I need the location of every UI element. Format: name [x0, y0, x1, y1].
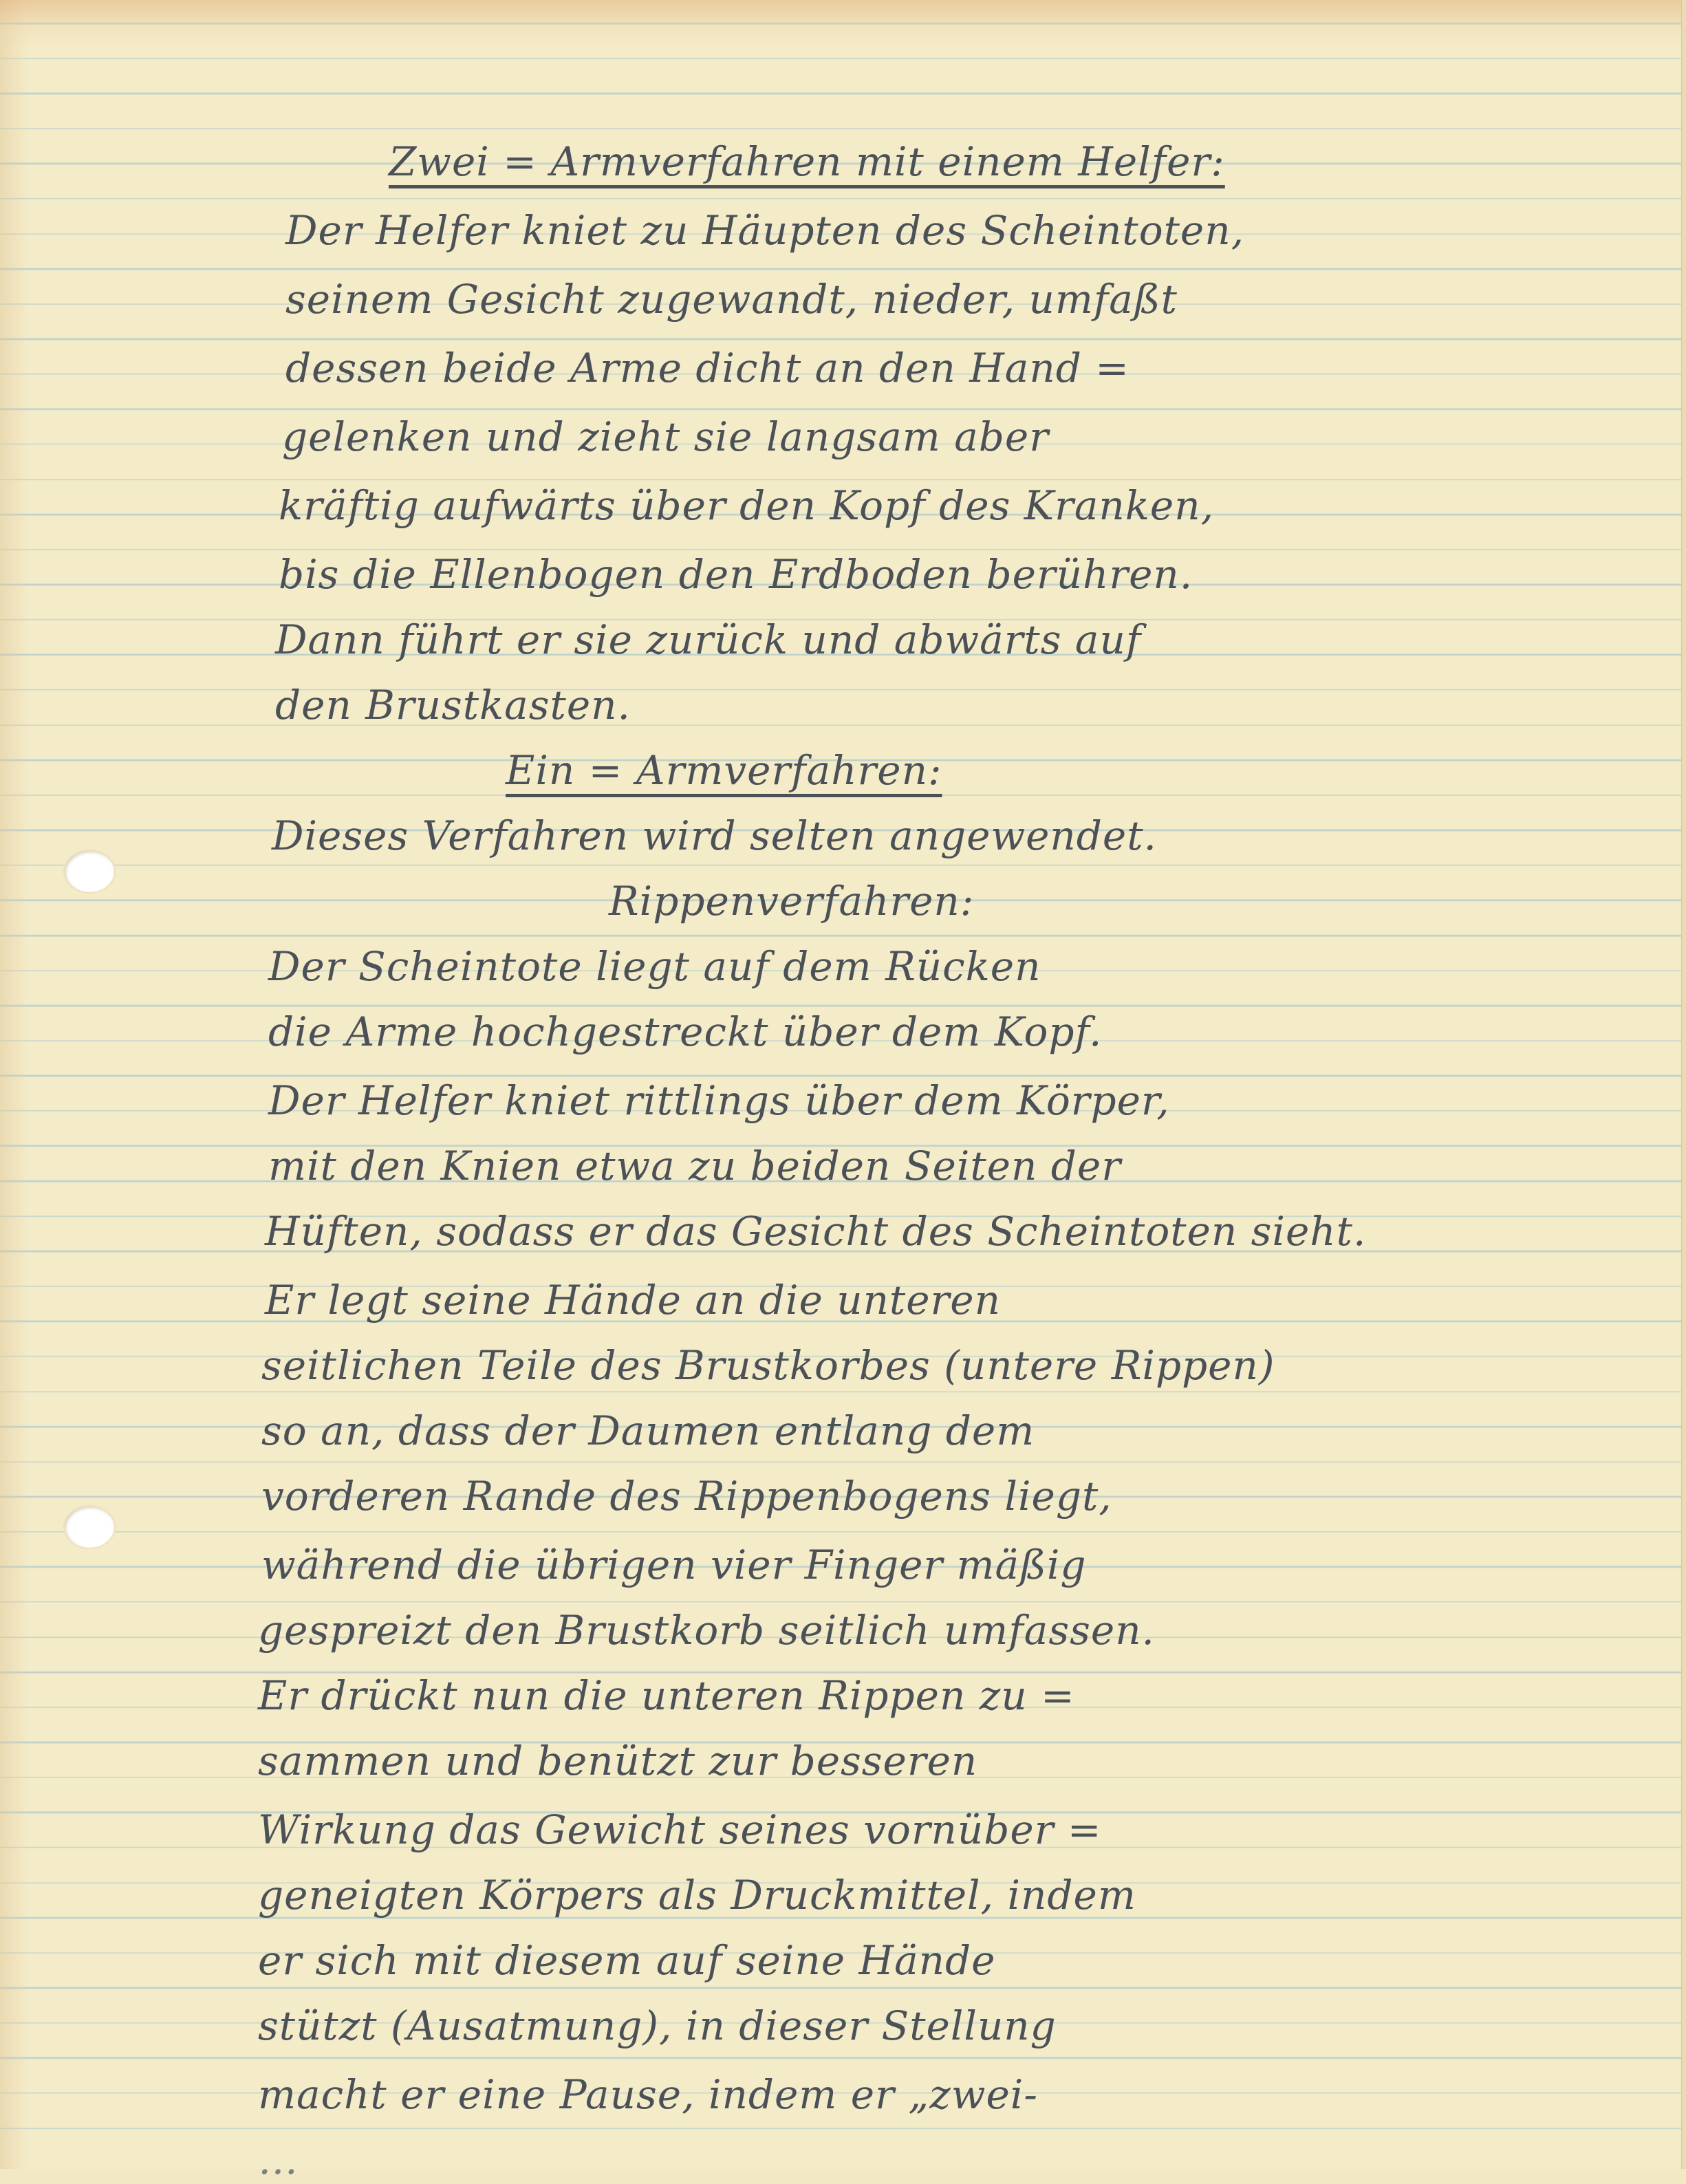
text-line: stützt (Ausatmung), in dieser Stellung [258, 2002, 1057, 2050]
section-heading-zwei-armverfahren: Zwei = Armverfahren mit einem Helfer: [389, 138, 1225, 186]
text-line: Der Helfer kniet zu Häupten des Scheinto… [285, 206, 1244, 255]
text-line: Dann führt er sie zurück und abwärts auf [275, 616, 1141, 664]
text-line: dessen beide Arme dicht an den Hand = [285, 344, 1130, 392]
text-line: macht er eine Pause, indem er „zwei- [258, 2071, 1038, 2119]
lined-paper-page: Zwei = Armverfahren mit einem Helfer: De… [0, 0, 1686, 2169]
text-line: sammen und benützt zur besseren [258, 1737, 977, 1785]
text-line: seitlichen Teile des Brustkorbes (untere… [261, 1341, 1275, 1390]
punch-hole-top [65, 851, 114, 892]
text-line: Hüften, sodass er das Gesicht des Schein… [265, 1207, 1366, 1255]
text-line: mit den Knien etwa zu beiden Seiten der [268, 1142, 1121, 1190]
section-heading-rippenverfahren: Rippenverfahren: [609, 877, 974, 925]
text-line: während die übrigen vier Finger mäßig [261, 1541, 1087, 1589]
text-line: gelenken und zieht sie langsam aber [282, 413, 1049, 461]
text-line: Dieses Verfahren wird selten angewendet. [272, 812, 1157, 860]
text-line-cut-off: … [258, 2136, 299, 2169]
text-line: Er legt seine Hände an die unteren [265, 1276, 1001, 1324]
text-line: seinem Gesicht zugewandt, nieder, umfaßt [285, 275, 1178, 323]
text-line: er sich mit diesem auf seine Hände [258, 1936, 995, 1985]
text-line: die Arme hochgestreckt über dem Kopf. [268, 1008, 1102, 1056]
text-line: Wirkung das Gewicht seines vornüber = [258, 1806, 1101, 1854]
text-line: so an, dass der Daumen entlang dem [261, 1407, 1035, 1455]
punch-hole-bottom [65, 1506, 114, 1548]
text-line: geneigten Körpers als Druckmittel, indem [258, 1871, 1136, 1919]
text-line: den Brustkasten. [275, 681, 631, 729]
text-line: Der Scheintote liegt auf dem Rücken [268, 942, 1041, 991]
text-line: bis die Ellenbogen den Erdboden berühren… [279, 550, 1193, 598]
text-line: vorderen Rande des Rippenbogens liegt, [261, 1472, 1112, 1520]
page-edge [1681, 0, 1686, 2169]
section-heading-ein-armverfahren: Ein = Armverfahren: [506, 746, 942, 794]
text-line: kräftig aufwärts über den Kopf des Krank… [279, 482, 1214, 530]
text-line: Der Helfer kniet rittlings über dem Körp… [268, 1077, 1170, 1125]
text-line: gespreizt den Brustkorb seitlich umfasse… [258, 1606, 1155, 1654]
text-line: Er drückt nun die unteren Rippen zu = [258, 1672, 1075, 1720]
